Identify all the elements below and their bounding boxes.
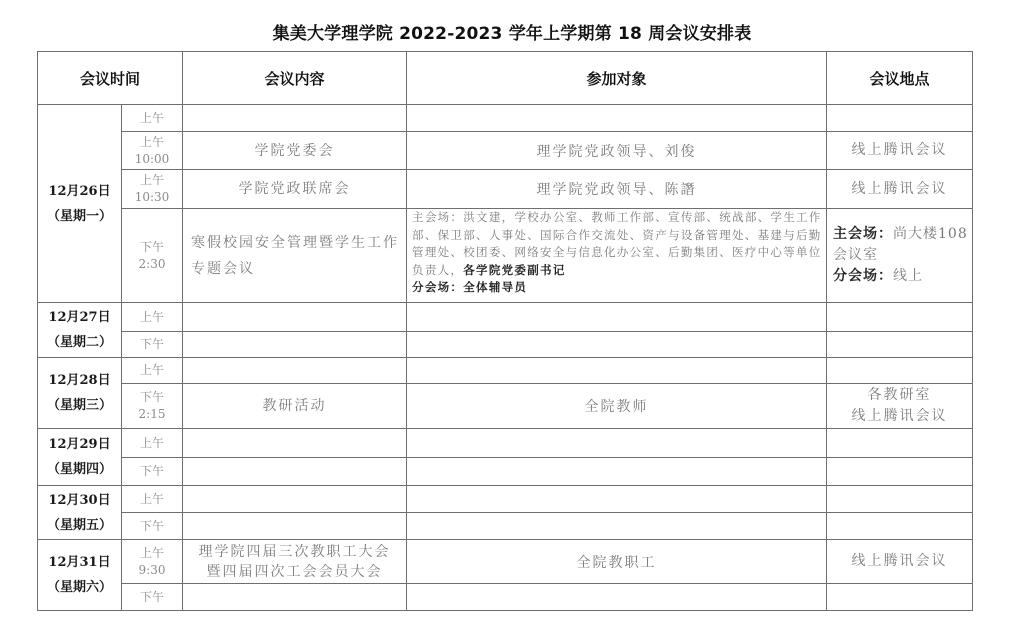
location-cell: 各教研室 线上腾讯会议 [827, 384, 973, 429]
time: 2:15 [122, 406, 182, 423]
content-line: 理学院四届三次教职工大会 [183, 542, 406, 562]
attendees-cell: 理学院党政领导、刘俊 [407, 132, 827, 170]
location-cell: 主会场：尚大楼108会议室 分会场：线上 [827, 209, 973, 303]
date: 12月26日 [38, 179, 121, 204]
attendees-cell [407, 513, 827, 540]
header-attendees: 参加对象 [407, 52, 827, 105]
location-cell [827, 303, 973, 332]
table-row: 下午 [38, 458, 973, 486]
content-cell [183, 358, 407, 384]
period: 上午 [122, 134, 182, 151]
table-row: 12月29日 （星期四） 上午 [38, 429, 973, 458]
weekday: （星期六） [38, 575, 121, 600]
date-cell: 12月26日 （星期一） [38, 105, 122, 303]
period: 下午 [122, 239, 182, 256]
location-cell [827, 513, 973, 540]
date-cell: 12月28日 （星期三） [38, 358, 122, 429]
slot-cell: 上午 [122, 429, 183, 458]
attendees-cell [407, 358, 827, 384]
location-cell: 线上腾讯会议 [827, 540, 973, 584]
date: 12月28日 [38, 368, 121, 393]
attendees-cell [407, 486, 827, 513]
header-location: 会议地点 [827, 52, 973, 105]
slot-cell: 下午 [122, 332, 183, 358]
location-line: 各教研室 [827, 385, 972, 406]
table-row: 下午 [38, 332, 973, 358]
location-cell [827, 358, 973, 384]
slot-cell: 上午 [122, 358, 183, 384]
content-cell: 学院党委会 [183, 132, 407, 170]
attendees-cell: 主会场：洪文建，学校办公室、教师工作部、宣传部、统战部、学生工作部、保卫部、人事… [407, 209, 827, 303]
location-cell [827, 458, 973, 486]
attendees-cell [407, 458, 827, 486]
main-venue-label: 主会场： [412, 210, 463, 224]
attendees-cell: 全院教师 [407, 384, 827, 429]
table-row: 上午 10:00 学院党委会 理学院党政领导、刘俊 线上腾讯会议 [38, 132, 973, 170]
slot-cell: 上午 [122, 105, 183, 132]
content-cell [183, 429, 407, 458]
header-content: 会议内容 [183, 52, 407, 105]
content-cell: 寒假校园安全管理暨学生工作专题会议 [183, 209, 407, 303]
content-cell [183, 584, 407, 611]
period: 上午 [122, 172, 182, 189]
table-row: 下午 [38, 513, 973, 540]
weekday: （星期一） [38, 204, 121, 229]
attendees-cell [407, 105, 827, 132]
location-cell [827, 584, 973, 611]
content-cell [183, 105, 407, 132]
period: 下午 [122, 389, 182, 406]
slot-cell: 下午 2:30 [122, 209, 183, 303]
content-cell [183, 486, 407, 513]
location-cell [827, 332, 973, 358]
weekday: （星期二） [38, 330, 121, 355]
content-cell [183, 303, 407, 332]
weekday: （星期四） [38, 457, 121, 482]
content-cell [183, 458, 407, 486]
date: 12月31日 [38, 550, 121, 575]
date: 12月30日 [38, 488, 121, 513]
location-line: 线上腾讯会议 [827, 406, 972, 427]
page-title: 集美大学理学院 2022-2023 学年上学期第 18 周会议安排表 [0, 19, 1024, 44]
branch-venue-location: 线上 [893, 268, 923, 284]
attendees-cell [407, 332, 827, 358]
main-venue-label: 主会场： [833, 226, 893, 242]
period: 上午 [122, 110, 182, 127]
main-venue-attendees-bold: 各学院党委副书记 [463, 263, 565, 277]
location-cell [827, 429, 973, 458]
table-row: 12月31日 （星期六） 上午 9:30 理学院四届三次教职工大会 暨四届四次工… [38, 540, 973, 584]
slot-cell: 上午 9:30 [122, 540, 183, 584]
table-row: 下午 2:15 教研活动 全院教师 各教研室 线上腾讯会议 [38, 384, 973, 429]
location-cell [827, 486, 973, 513]
attendees-cell [407, 584, 827, 611]
time: 9:30 [122, 562, 182, 579]
branch-venue-attendees: 分会场：全体辅导员 [412, 280, 527, 294]
attendees-cell [407, 429, 827, 458]
slot-cell: 上午 10:00 [122, 132, 183, 170]
content-cell: 学院党政联席会 [183, 170, 407, 209]
slot-cell: 上午 [122, 486, 183, 513]
weekday: （星期三） [38, 393, 121, 418]
content-cell [183, 513, 407, 540]
time: 10:00 [122, 151, 182, 168]
table-row: 下午 2:30 寒假校园安全管理暨学生工作专题会议 主会场：洪文建，学校办公室、… [38, 209, 973, 303]
weekday: （星期五） [38, 513, 121, 538]
location-cell: 线上腾讯会议 [827, 132, 973, 170]
date-cell: 12月27日 （星期二） [38, 303, 122, 358]
slot-cell: 上午 10:30 [122, 170, 183, 209]
location-cell: 线上腾讯会议 [827, 170, 973, 209]
slot-cell: 上午 [122, 303, 183, 332]
table-row: 上午 10:30 学院党政联席会 理学院党政领导、陈譖 线上腾讯会议 [38, 170, 973, 209]
table-row: 下午 [38, 584, 973, 611]
attendees-cell: 理学院党政领导、陈譖 [407, 170, 827, 209]
meeting-schedule-table: 会议时间 会议内容 参加对象 会议地点 12月26日 （星期一） 上午 上午 1… [37, 51, 973, 611]
slot-cell: 下午 [122, 584, 183, 611]
date: 12月27日 [38, 305, 121, 330]
table-row: 12月28日 （星期三） 上午 [38, 358, 973, 384]
attendees-cell [407, 303, 827, 332]
table-row: 12月27日 （星期二） 上午 [38, 303, 973, 332]
attendees-cell: 全院教职工 [407, 540, 827, 584]
slot-cell: 下午 [122, 513, 183, 540]
date-cell: 12月31日 （星期六） [38, 540, 122, 611]
content-line: 暨四届四次工会会员大会 [183, 562, 406, 582]
slot-cell: 下午 [122, 458, 183, 486]
time: 2:30 [122, 256, 182, 273]
content-cell [183, 332, 407, 358]
table-row: 12月30日 （星期五） 上午 [38, 486, 973, 513]
date-cell: 12月29日 （星期四） [38, 429, 122, 486]
header-time: 会议时间 [38, 52, 183, 105]
table-header-row: 会议时间 会议内容 参加对象 会议地点 [38, 52, 973, 105]
table-row: 12月26日 （星期一） 上午 [38, 105, 973, 132]
date-cell: 12月30日 （星期五） [38, 486, 122, 540]
time: 10:30 [122, 189, 182, 206]
content-cell: 教研活动 [183, 384, 407, 429]
date: 12月29日 [38, 432, 121, 457]
branch-venue-label: 分会场： [833, 268, 893, 284]
content-cell: 理学院四届三次教职工大会 暨四届四次工会会员大会 [183, 540, 407, 584]
location-cell [827, 105, 973, 132]
period: 上午 [122, 545, 182, 562]
slot-cell: 下午 2:15 [122, 384, 183, 429]
